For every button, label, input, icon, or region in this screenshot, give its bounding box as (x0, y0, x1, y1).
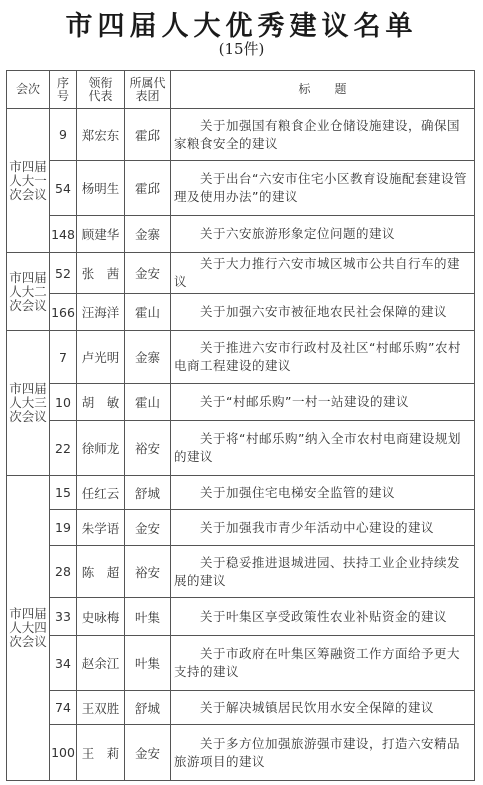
number-cell: 7 (50, 331, 77, 384)
delegation-cell: 霍邱 (125, 161, 171, 216)
delegation-cell: 舒城 (125, 691, 171, 725)
table-row: 166 汪海洋 霍山 关于加强六安市被征地农民社会保障的建议 (7, 294, 475, 331)
table-row: 54 杨明生 霍邱 关于出台“六安市住宅小区教育设施配套建设管理及使用办法”的建… (7, 161, 475, 216)
number-cell: 22 (50, 421, 77, 476)
rep-cell: 张 茜 (77, 253, 125, 294)
session-cell: 市四届人大二次会议 (7, 253, 50, 331)
table-row: 市四届人大三次会议 7 卢光明 金寨 关于推进六安市行政村及社区“村邮乐购”农村… (7, 331, 475, 384)
number-cell: 100 (50, 725, 77, 781)
title-cell: 关于“村邮乐购”一村一站建设的建议 (171, 384, 475, 421)
title-cell: 关于加强住宅电梯安全监管的建议 (171, 476, 475, 510)
delegation-cell: 霍山 (125, 384, 171, 421)
header-delegation: 所属代表团 (125, 71, 171, 109)
delegation-cell: 舒城 (125, 476, 171, 510)
number-cell: 9 (50, 109, 77, 161)
delegation-cell: 叶集 (125, 598, 171, 636)
title-cell: 关于多方位加强旅游强市建设，打造六安精品旅游项目的建议 (171, 725, 475, 781)
rep-cell: 史咏梅 (77, 598, 125, 636)
title-cell: 关于推进六安市行政村及社区“村邮乐购”农村电商工程建设的建议 (171, 331, 475, 384)
header-lead-rep: 领衔代表 (77, 71, 125, 109)
session-cell: 市四届人大三次会议 (7, 331, 50, 476)
number-cell: 34 (50, 636, 77, 691)
title-cell: 关于加强我市青少年活动中心建设的建议 (171, 510, 475, 546)
number-cell: 74 (50, 691, 77, 725)
document-subtitle: (15件) (0, 38, 483, 59)
number-cell: 33 (50, 598, 77, 636)
delegation-cell: 金寨 (125, 331, 171, 384)
table-row: 市四届人大四次会议 15 任红云 舒城 关于加强住宅电梯安全监管的建议 (7, 476, 475, 510)
session-cell: 市四届人大四次会议 (7, 476, 50, 781)
delegation-cell: 金安 (125, 725, 171, 781)
number-cell: 15 (50, 476, 77, 510)
rep-cell: 胡 敏 (77, 384, 125, 421)
table-row: 市四届人大一次会议 9 郑宏东 霍邱 关于加强国有粮食企业仓储设施建设，确保国家… (7, 109, 475, 161)
table-row: 33 史咏梅 叶集 关于叶集区享受政策性农业补贴资金的建议 (7, 598, 475, 636)
table-row: 市四届人大二次会议 52 张 茜 金安 关于大力推行六安市城区城市公共自行车的建… (7, 253, 475, 294)
header-title: 标 题 (171, 71, 475, 109)
rep-cell: 郑宏东 (77, 109, 125, 161)
title-cell: 关于加强六安市被征地农民社会保障的建议 (171, 294, 475, 331)
table-row: 10 胡 敏 霍山 关于“村邮乐购”一村一站建设的建议 (7, 384, 475, 421)
table-row: 74 王双胜 舒城 关于解决城镇居民饮用水安全保障的建议 (7, 691, 475, 725)
delegation-cell: 霍山 (125, 294, 171, 331)
number-cell: 10 (50, 384, 77, 421)
header-number: 序号 (50, 71, 77, 109)
rep-cell: 王双胜 (77, 691, 125, 725)
delegation-cell: 裕安 (125, 546, 171, 598)
title-cell: 关于加强国有粮食企业仓储设施建设，确保国家粮食安全的建议 (171, 109, 475, 161)
delegation-cell: 叶集 (125, 636, 171, 691)
delegation-cell: 金安 (125, 510, 171, 546)
rep-cell: 朱学语 (77, 510, 125, 546)
delegation-cell: 裕安 (125, 421, 171, 476)
rep-cell: 赵余江 (77, 636, 125, 691)
number-cell: 52 (50, 253, 77, 294)
title-cell: 关于六安旅游形象定位问题的建议 (171, 216, 475, 253)
title-cell: 关于大力推行六安市城区城市公共自行车的建议 (171, 253, 475, 294)
title-cell: 关于解决城镇居民饮用水安全保障的建议 (171, 691, 475, 725)
rep-cell: 徐师龙 (77, 421, 125, 476)
table-row: 34 赵余江 叶集 关于市政府在叶集区筹融资工作方面给予更大支持的建议 (7, 636, 475, 691)
number-cell: 166 (50, 294, 77, 331)
delegation-cell: 金安 (125, 253, 171, 294)
session-cell: 市四届人大一次会议 (7, 109, 50, 253)
table-row: 148 顾建华 金寨 关于六安旅游形象定位问题的建议 (7, 216, 475, 253)
rep-cell: 陈 超 (77, 546, 125, 598)
table-row: 22 徐师龙 裕安 关于将“村邮乐购”纳入全市农村电商建设规划的建议 (7, 421, 475, 476)
rep-cell: 杨明生 (77, 161, 125, 216)
table-row: 100 王 莉 金安 关于多方位加强旅游强市建设，打造六安精品旅游项目的建议 (7, 725, 475, 781)
rep-cell: 顾建华 (77, 216, 125, 253)
title-cell: 关于将“村邮乐购”纳入全市农村电商建设规划的建议 (171, 421, 475, 476)
number-cell: 28 (50, 546, 77, 598)
rep-cell: 卢光明 (77, 331, 125, 384)
number-cell: 148 (50, 216, 77, 253)
delegation-cell: 霍邱 (125, 109, 171, 161)
rep-cell: 汪海洋 (77, 294, 125, 331)
table-header-row: 会次 序号 领衔代表 所属代表团 标 题 (7, 71, 475, 109)
table-row: 28 陈 超 裕安 关于稳妥推进退城进园、扶持工业企业持续发展的建议 (7, 546, 475, 598)
table-row: 19 朱学语 金安 关于加强我市青少年活动中心建设的建议 (7, 510, 475, 546)
title-cell: 关于稳妥推进退城进园、扶持工业企业持续发展的建议 (171, 546, 475, 598)
suggestions-table: 会次 序号 领衔代表 所属代表团 标 题 市四届人大一次会议 9 郑宏东 霍邱 … (6, 70, 475, 781)
title-cell: 关于市政府在叶集区筹融资工作方面给予更大支持的建议 (171, 636, 475, 691)
title-cell: 关于叶集区享受政策性农业补贴资金的建议 (171, 598, 475, 636)
header-session: 会次 (7, 71, 50, 109)
rep-cell: 王 莉 (77, 725, 125, 781)
delegation-cell: 金寨 (125, 216, 171, 253)
number-cell: 19 (50, 510, 77, 546)
rep-cell: 任红云 (77, 476, 125, 510)
title-cell: 关于出台“六安市住宅小区教育设施配套建设管理及使用办法”的建议 (171, 161, 475, 216)
number-cell: 54 (50, 161, 77, 216)
